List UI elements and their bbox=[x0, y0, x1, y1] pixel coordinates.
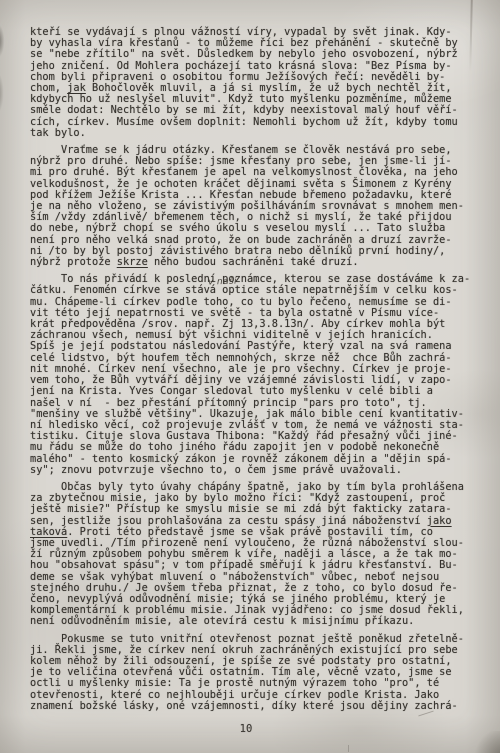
paragraph: Vraťme se k jádru otázky. Křesťanem se č… bbox=[30, 145, 476, 268]
text-line: se "nebe zřítilo" na svět. Důsledkem by … bbox=[30, 49, 476, 60]
scan-scratch bbox=[348, 745, 349, 752]
paragraph: Pokusme se tuto vnitřní otevřenost pozna… bbox=[30, 634, 476, 712]
page-number: 10 bbox=[0, 723, 492, 735]
text-line: Spíš je její podstatou následování Pastý… bbox=[30, 341, 476, 352]
text-line: tak bylo. bbox=[30, 128, 476, 139]
handwritten-insertion: v naší bbox=[208, 276, 237, 287]
text-line: sy"; znovu potvrzuje všechno to, o čem j… bbox=[30, 465, 476, 476]
text-line: směle dodat: Nechtělo by se mi žít, kdyb… bbox=[30, 105, 476, 116]
text-line: znamení božské lásky, oné vzájemnosti, d… bbox=[30, 701, 476, 712]
text-line: cích, církev. Musíme ovšem doplnit: Nemo… bbox=[30, 117, 476, 128]
paragraph: Občas byly tyto úvahy chápány špatně, ja… bbox=[30, 482, 476, 628]
text-line: hou "obsahovat spásu"; v tom případě smě… bbox=[30, 560, 476, 571]
paragraph: To nás přivádí k poslední poznámce, kter… bbox=[30, 274, 476, 476]
text-line: není odůvodněním misie, ale otevírá cest… bbox=[30, 616, 476, 627]
text-line: ještě misie?" Přístup ke smyslu misie se… bbox=[30, 504, 476, 515]
text-line: do nebe, nýbrž chopí se svého úkolu s ve… bbox=[30, 223, 476, 234]
text-line: jení na Krista. Yves Congar sledoval tut… bbox=[30, 386, 476, 397]
text-line: nýbrž protože skrze něho budou sachráněn… bbox=[30, 257, 476, 268]
text-line: čátku. Fenomén církve se stává optice st… bbox=[30, 285, 476, 296]
scan-edge-blot bbox=[0, 18, 8, 64]
text-line: octli u myšlenky misie: Ta je prostě nut… bbox=[30, 678, 476, 689]
scan-edge-blot bbox=[0, 66, 8, 126]
paragraph: kteří se vydávají s plnou vážností víry,… bbox=[30, 27, 476, 139]
text-line: mi pro druhé. Být křesťanem je apel na v… bbox=[30, 167, 476, 178]
text-line: mu řádu se může do toho jiného řádu zapo… bbox=[30, 442, 476, 453]
typewritten-text-block: kteří se vydávají s plnou vážností víry,… bbox=[30, 27, 476, 712]
